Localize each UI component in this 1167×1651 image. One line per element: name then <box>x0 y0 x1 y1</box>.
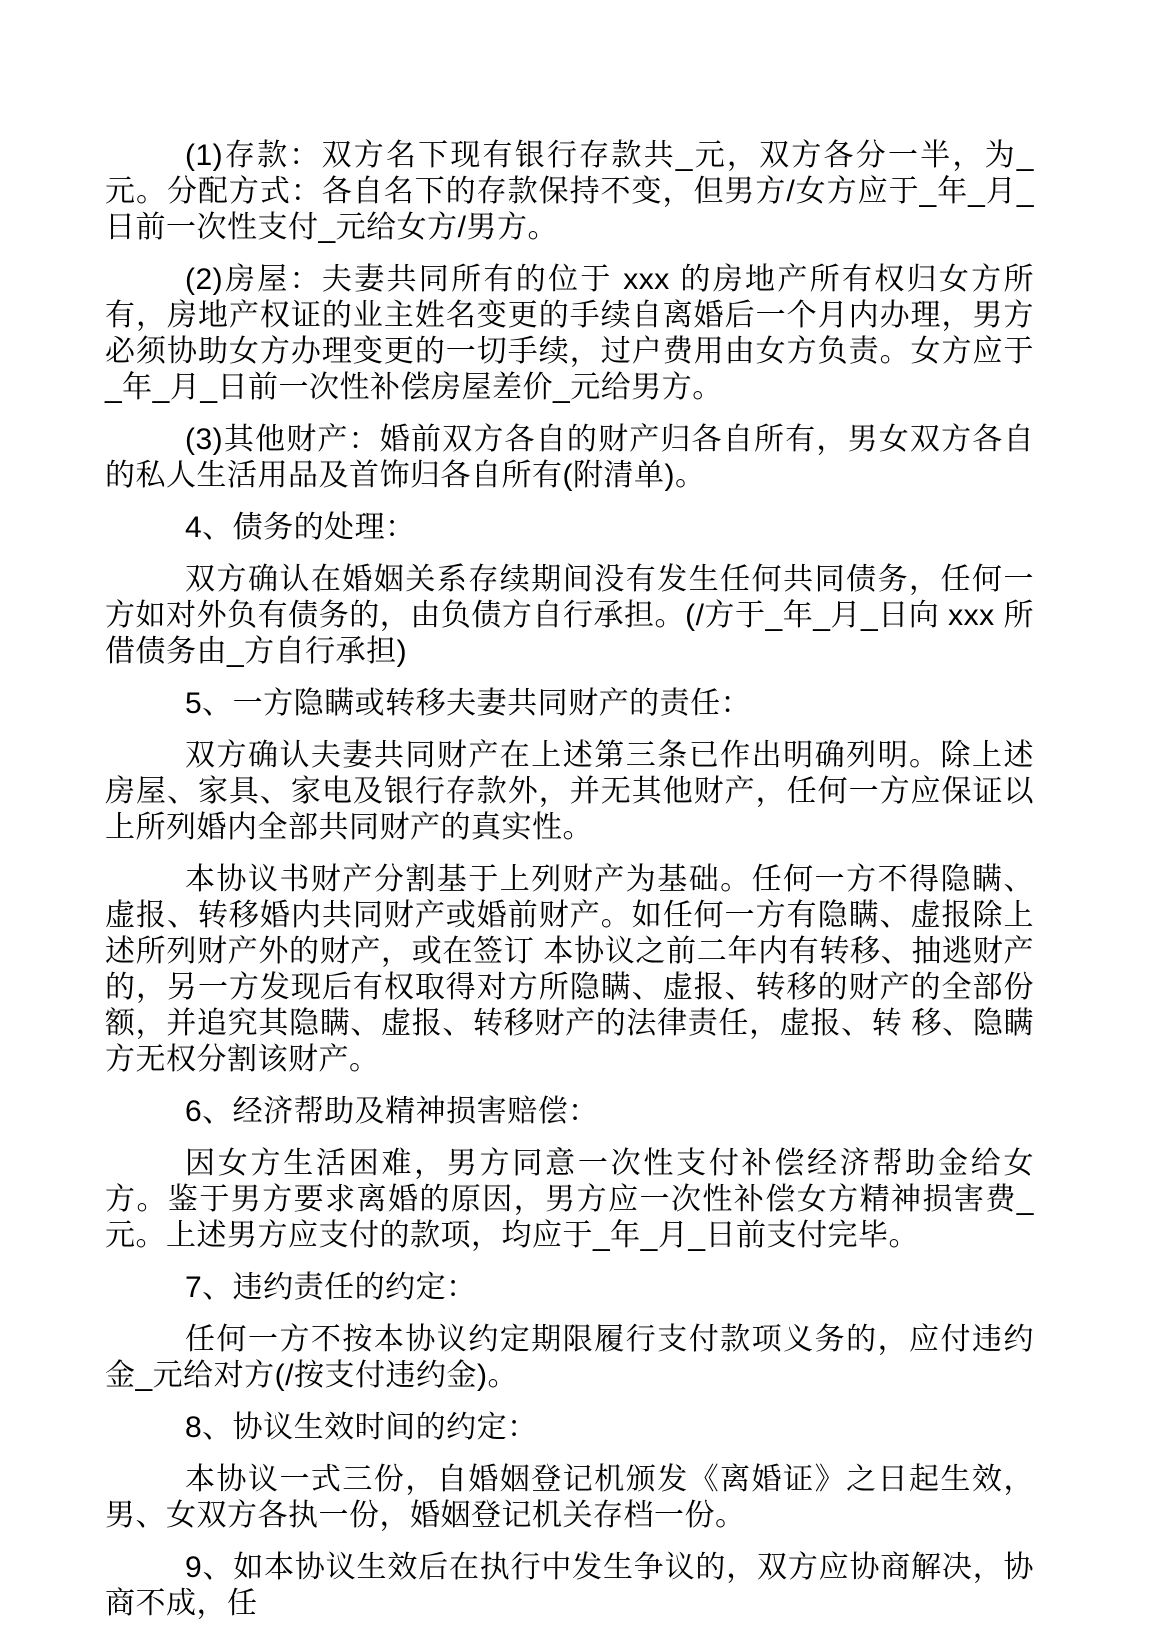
heading-4-debt: 4、债务的处理： <box>105 510 1034 546</box>
para-9-dispute: 9、如本协议生效后在执行中发生争议的，双方应协商解决，协商不成，任 <box>105 1550 1034 1622</box>
para-concealment-confirm: 双方确认夫妻共同财产在上述第三条已作出明确列明。除上述房屋、家具、家电及银行存款… <box>105 738 1034 846</box>
clause-1-deposit: (1)存款：双方名下现有银行存款共_元，双方各分一半，为_元。分配方式：各自名下… <box>105 138 1034 246</box>
heading-5-concealment: 5、一方隐瞒或转移夫妻共同财产的责任： <box>105 686 1034 722</box>
para-debt-detail: 双方确认在婚姻关系存续期间没有发生任何共同债务，任何一方如对外负有债务的，由负债… <box>105 562 1034 670</box>
heading-8-effective-time: 8、协议生效时间的约定： <box>105 1410 1034 1446</box>
clause-2-house: (2)房屋：夫妻共同所有的位于 xxx 的房地产所有权归女方所有，房地产权证的业… <box>105 262 1034 406</box>
para-concealment-liability: 本协议书财产分割基于上列财产为基础。任何一方不得隐瞒、虚报、转移婚内共同财产或婚… <box>105 862 1034 1078</box>
document-page: (1)存款：双方名下现有银行存款共_元，双方各分一半，为_元。分配方式：各自名下… <box>0 0 1167 1651</box>
heading-7-breach: 7、违约责任的约定： <box>105 1270 1034 1306</box>
heading-6-economic-help: 6、经济帮助及精神损害赔偿： <box>105 1094 1034 1130</box>
para-effective-detail: 本协议一式三份，自婚姻登记机颁发《离婚证》之日起生效，男、女双方各执一份，婚姻登… <box>105 1462 1034 1534</box>
clause-3-other-property: (3)其他财产：婚前双方各自的财产归各自所有，男女双方各自的私人生活用品及首饰归… <box>105 422 1034 494</box>
para-breach-detail: 任何一方不按本协议约定期限履行支付款项义务的，应付违约金_元给对方(/按支付违约… <box>105 1322 1034 1394</box>
para-economic-help: 因女方生活困难，男方同意一次性支付补偿经济帮助金给女方。鉴于男方要求离婚的原因，… <box>105 1146 1034 1254</box>
